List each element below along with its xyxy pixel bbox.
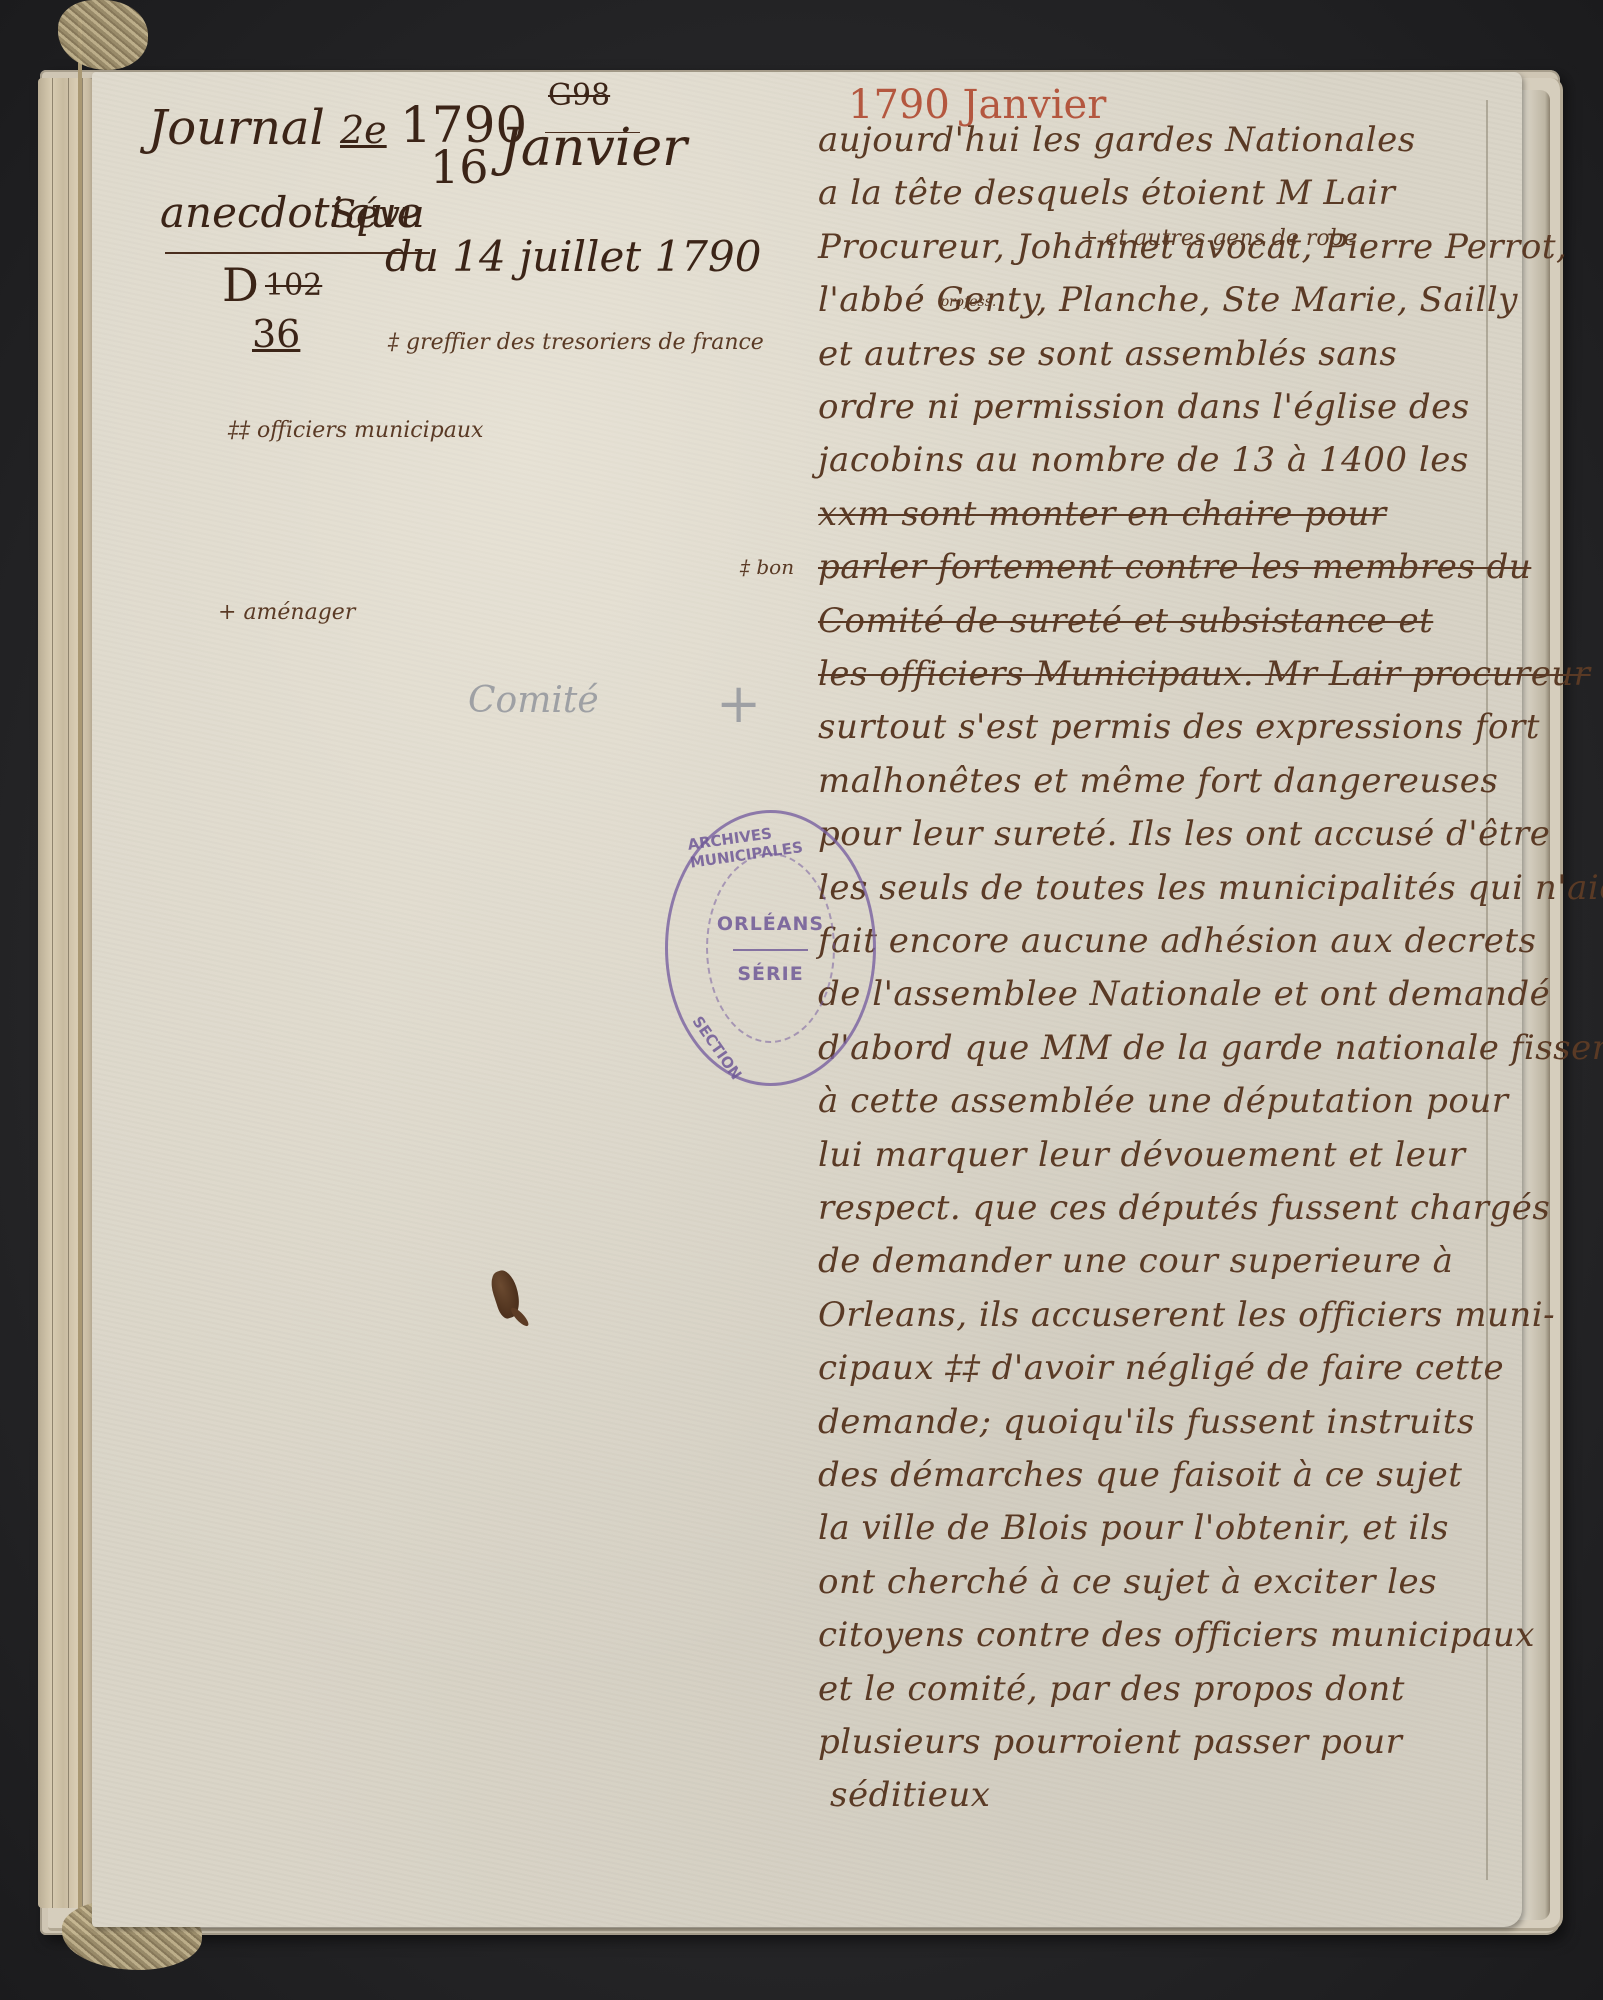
manuscript-line: des démarches que faisoit à ce sujet: [818, 1455, 1462, 1495]
manuscript-line: l'abbé Genty, Planche, Ste Marie, Sailly: [818, 280, 1478, 320]
note-marker: ‡: [740, 555, 750, 579]
manuscript-line: et le comité, par des propos dont: [818, 1669, 1405, 1709]
binding-string: [78, 20, 82, 1920]
manuscript-line: respect. que ces députés fussent chargés: [818, 1188, 1478, 1228]
stamp-city: ORLÉANS: [668, 913, 873, 935]
margin-note-greffier: ‡ greffier des tresoriers de france: [388, 330, 764, 355]
pencil-note-comite: Comité: [468, 680, 599, 721]
title-journal: Journal: [148, 100, 325, 156]
margin-note-officiers: ‡‡ officiers municipaux: [228, 418, 483, 443]
manuscript-line: xxm sont monter en chaire pour: [818, 494, 1387, 534]
manuscript-line: surtout s'est permis des expressions for…: [818, 707, 1478, 747]
pencil-cross-icon: +: [716, 672, 761, 735]
stamp-series: SÉRIE: [668, 963, 873, 985]
manuscript-line: demande; quoiqu'ils fussent instruits: [818, 1402, 1475, 1442]
note-text: bon: [756, 555, 794, 579]
note-marker: ‡‡: [228, 418, 250, 443]
manuscript-line: les officiers Municipaux. Mr Lair procur…: [818, 654, 1478, 694]
manuscript-line: Procureur, Johannet avocat, Pierre Perro…: [818, 227, 1478, 267]
ref-underline: [545, 132, 640, 133]
stamp-inner-ring: [706, 853, 835, 1043]
manuscript-line: séditieux: [830, 1775, 990, 1815]
manuscript-line: de l'assemblee Nationale et ont demandé: [818, 974, 1478, 1014]
title-number: 2e: [340, 108, 387, 152]
note-text: aménager: [243, 600, 355, 625]
manuscript-line: les seuls de toutes les municipalités qu…: [818, 868, 1478, 908]
manuscript-line: plusieurs pourroient passer pour: [818, 1722, 1402, 1762]
archive-stamp: ARCHIVES MUNICIPALES ORLÉANS SÉRIE SECTI…: [665, 810, 876, 1086]
note-text: officiers municipaux: [257, 418, 483, 443]
sewn-spine: [38, 78, 94, 1908]
manuscript-line: citoyens contre des officiers municipaux: [818, 1615, 1478, 1655]
note-marker: ‡: [388, 330, 399, 355]
shelfmark-new: 36: [252, 312, 300, 356]
stamp-divider: [733, 949, 808, 951]
manuscript-line: ordre ni permission dans l'église des: [818, 387, 1470, 427]
manuscript-line: jacobins au nombre de 13 à 1400 les: [818, 440, 1469, 480]
margin-note-amenager: + aménager: [218, 600, 355, 625]
note-marker: +: [218, 600, 236, 625]
manuscript-line: a la tête desquels étoient M Lair: [818, 173, 1395, 213]
margin-note-bon: ‡ bon: [740, 555, 794, 579]
date-range: du 14 juillet 1790: [385, 232, 761, 281]
manuscript-line: à cette assemblée une députation pour: [818, 1081, 1478, 1121]
manuscript-line: lui marquer leur dévouement et leur: [818, 1135, 1466, 1175]
manuscript-line: parler fortement contre les membres du: [818, 547, 1478, 587]
manuscript-line: pour leur sureté. Ils les ont accusé d'ê…: [818, 814, 1478, 854]
manuscript-line: malhonêtes et même fort dangereuses: [818, 761, 1478, 801]
manuscript-line: la ville de Blois pour l'obtenir, et ils: [818, 1508, 1449, 1548]
manuscript-line: ont cherché à ce sujet à exciter les: [818, 1562, 1437, 1602]
title-sub: Sévu: [330, 192, 424, 236]
note-text: greffier des tresoriers de france: [406, 330, 764, 355]
shelfmark-old: 102: [265, 268, 322, 303]
manuscript-line: d'abord que MM de la garde nationale fis…: [818, 1028, 1478, 1068]
title-month: Janvier: [500, 118, 687, 178]
manuscript-line: et autres se sont assemblés sans: [818, 334, 1397, 374]
shelfmark-letter: D: [222, 258, 259, 312]
title-day: 16: [430, 140, 489, 194]
manuscript-line: aujourd'hui les gardes Nationales: [818, 120, 1416, 160]
manuscript-line: Orleans, ils accuserent les officiers mu…: [818, 1295, 1478, 1335]
manuscript-line: de demander une cour superieure à: [818, 1241, 1453, 1281]
manuscript-line: cipaux ‡‡ d'avoir négligé de faire cette: [818, 1348, 1478, 1388]
manuscript-line: Comité de sureté et subsistance et: [818, 601, 1433, 641]
manuscript-line: fait encore aucune adhésion aux decrets: [818, 921, 1478, 961]
crossed-reference: G98: [548, 78, 610, 113]
